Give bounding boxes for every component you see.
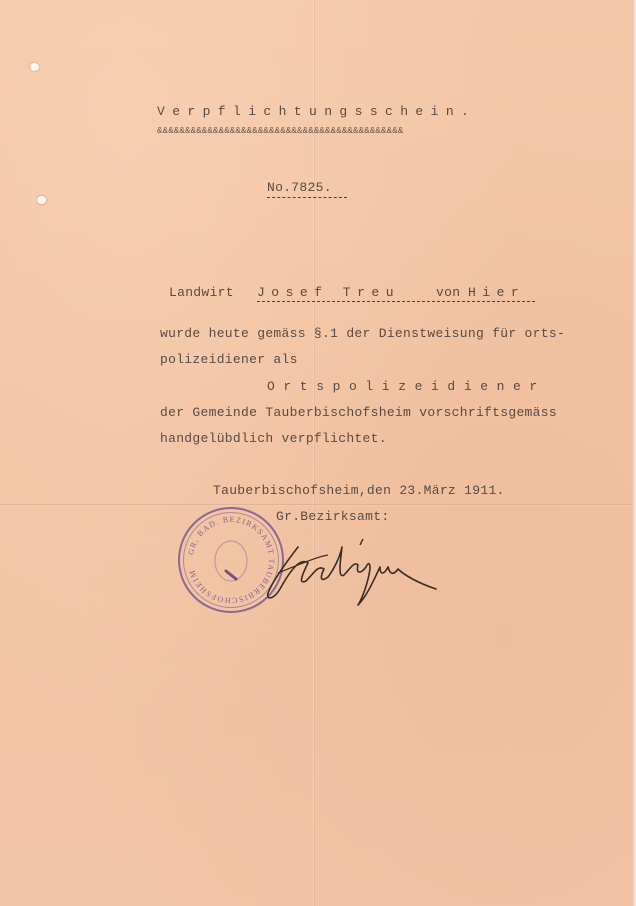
issuing-authority: Gr.Bezirksamt: bbox=[276, 509, 389, 524]
punch-hole-top bbox=[30, 63, 39, 71]
role-title: Ortspolizeidiener bbox=[267, 379, 546, 394]
document-title: Verpflichtungsschein. bbox=[157, 104, 476, 119]
document-number: No.7825. bbox=[267, 180, 332, 195]
occupation-label: Landwirt bbox=[169, 285, 234, 300]
punch-hole-bottom bbox=[37, 196, 46, 204]
body-line-4: handgelübdlich verpflichtet. bbox=[160, 431, 387, 446]
signature bbox=[258, 535, 448, 615]
name-underline bbox=[257, 301, 535, 302]
body-line-1: wurde heute gemäss §.1 der Dienstweisung… bbox=[160, 326, 565, 341]
person-name: Josef Treu bbox=[257, 285, 400, 300]
place-date: Tauberbischofsheim,den 23.März 1911. bbox=[213, 483, 505, 498]
origin-prefix: von bbox=[436, 285, 460, 300]
body-line-3: der Gemeinde Tauberbischofsheim vorschri… bbox=[160, 405, 557, 420]
horizontal-fold-line bbox=[0, 504, 632, 506]
number-underline bbox=[267, 197, 347, 198]
person-origin: Hier bbox=[468, 285, 525, 300]
title-underline: &&&&&&&&&&&&&&&&&&&&&&&&&&&&&&&&&&&&&&&&… bbox=[157, 126, 403, 136]
paper-edge bbox=[632, 0, 636, 906]
body-line-2: polizeidiener als bbox=[160, 352, 298, 367]
